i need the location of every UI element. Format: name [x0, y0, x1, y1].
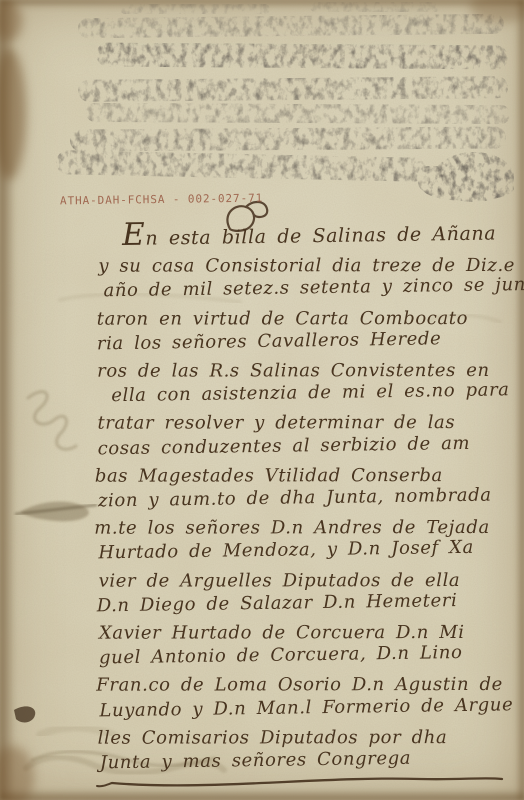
manuscript-page: ATHA-DAH-FCHSA - 002-027-71 En esta bill…: [0, 0, 524, 800]
manuscript-line: En esta billa de Salinas de Añana: [0, 216, 522, 254]
manuscript-text: En esta billa de Salinas de Añana y su c…: [0, 220, 524, 778]
